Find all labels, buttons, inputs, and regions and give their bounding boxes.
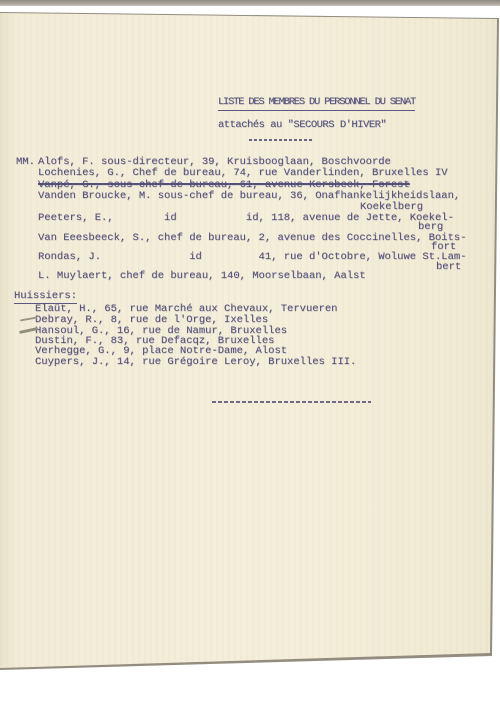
document-line: L. Muylaert, chef de bureau, 140, Moorse…	[38, 271, 366, 282]
document-line: MM.	[16, 157, 35, 168]
document-line: Peeters, E., id id, 118, avenue de Jette…	[38, 213, 454, 224]
scanner-edge-band	[0, 0, 500, 6]
document-line: Van Eeesbeeck, S., chef de bureau, 2, av…	[38, 233, 466, 244]
document-line: Cuypers, J., 14, rue Grégoire Leroy, Bru…	[35, 357, 356, 368]
document-line: Lochenies, G., Chef de bureau, 74, rue V…	[38, 168, 448, 179]
document-line: Rondas, J. id 41, rue d'Octobre, Woluwe …	[38, 252, 466, 263]
document-subtitle: attachés au "SECOURS D'HIVER"	[218, 120, 386, 131]
document-line: bert	[436, 262, 461, 273]
typed-separator-line	[212, 401, 371, 403]
document-title: LISTE DES MEMBRES DU PERSONNEL DU SENAT	[218, 97, 415, 111]
subtitle-underline	[249, 139, 313, 141]
paper-sheet: LISTE DES MEMBRES DU PERSONNEL DU SENAT …	[0, 0, 500, 708]
scanned-document: LISTE DES MEMBRES DU PERSONNEL DU SENAT …	[0, 0, 500, 708]
